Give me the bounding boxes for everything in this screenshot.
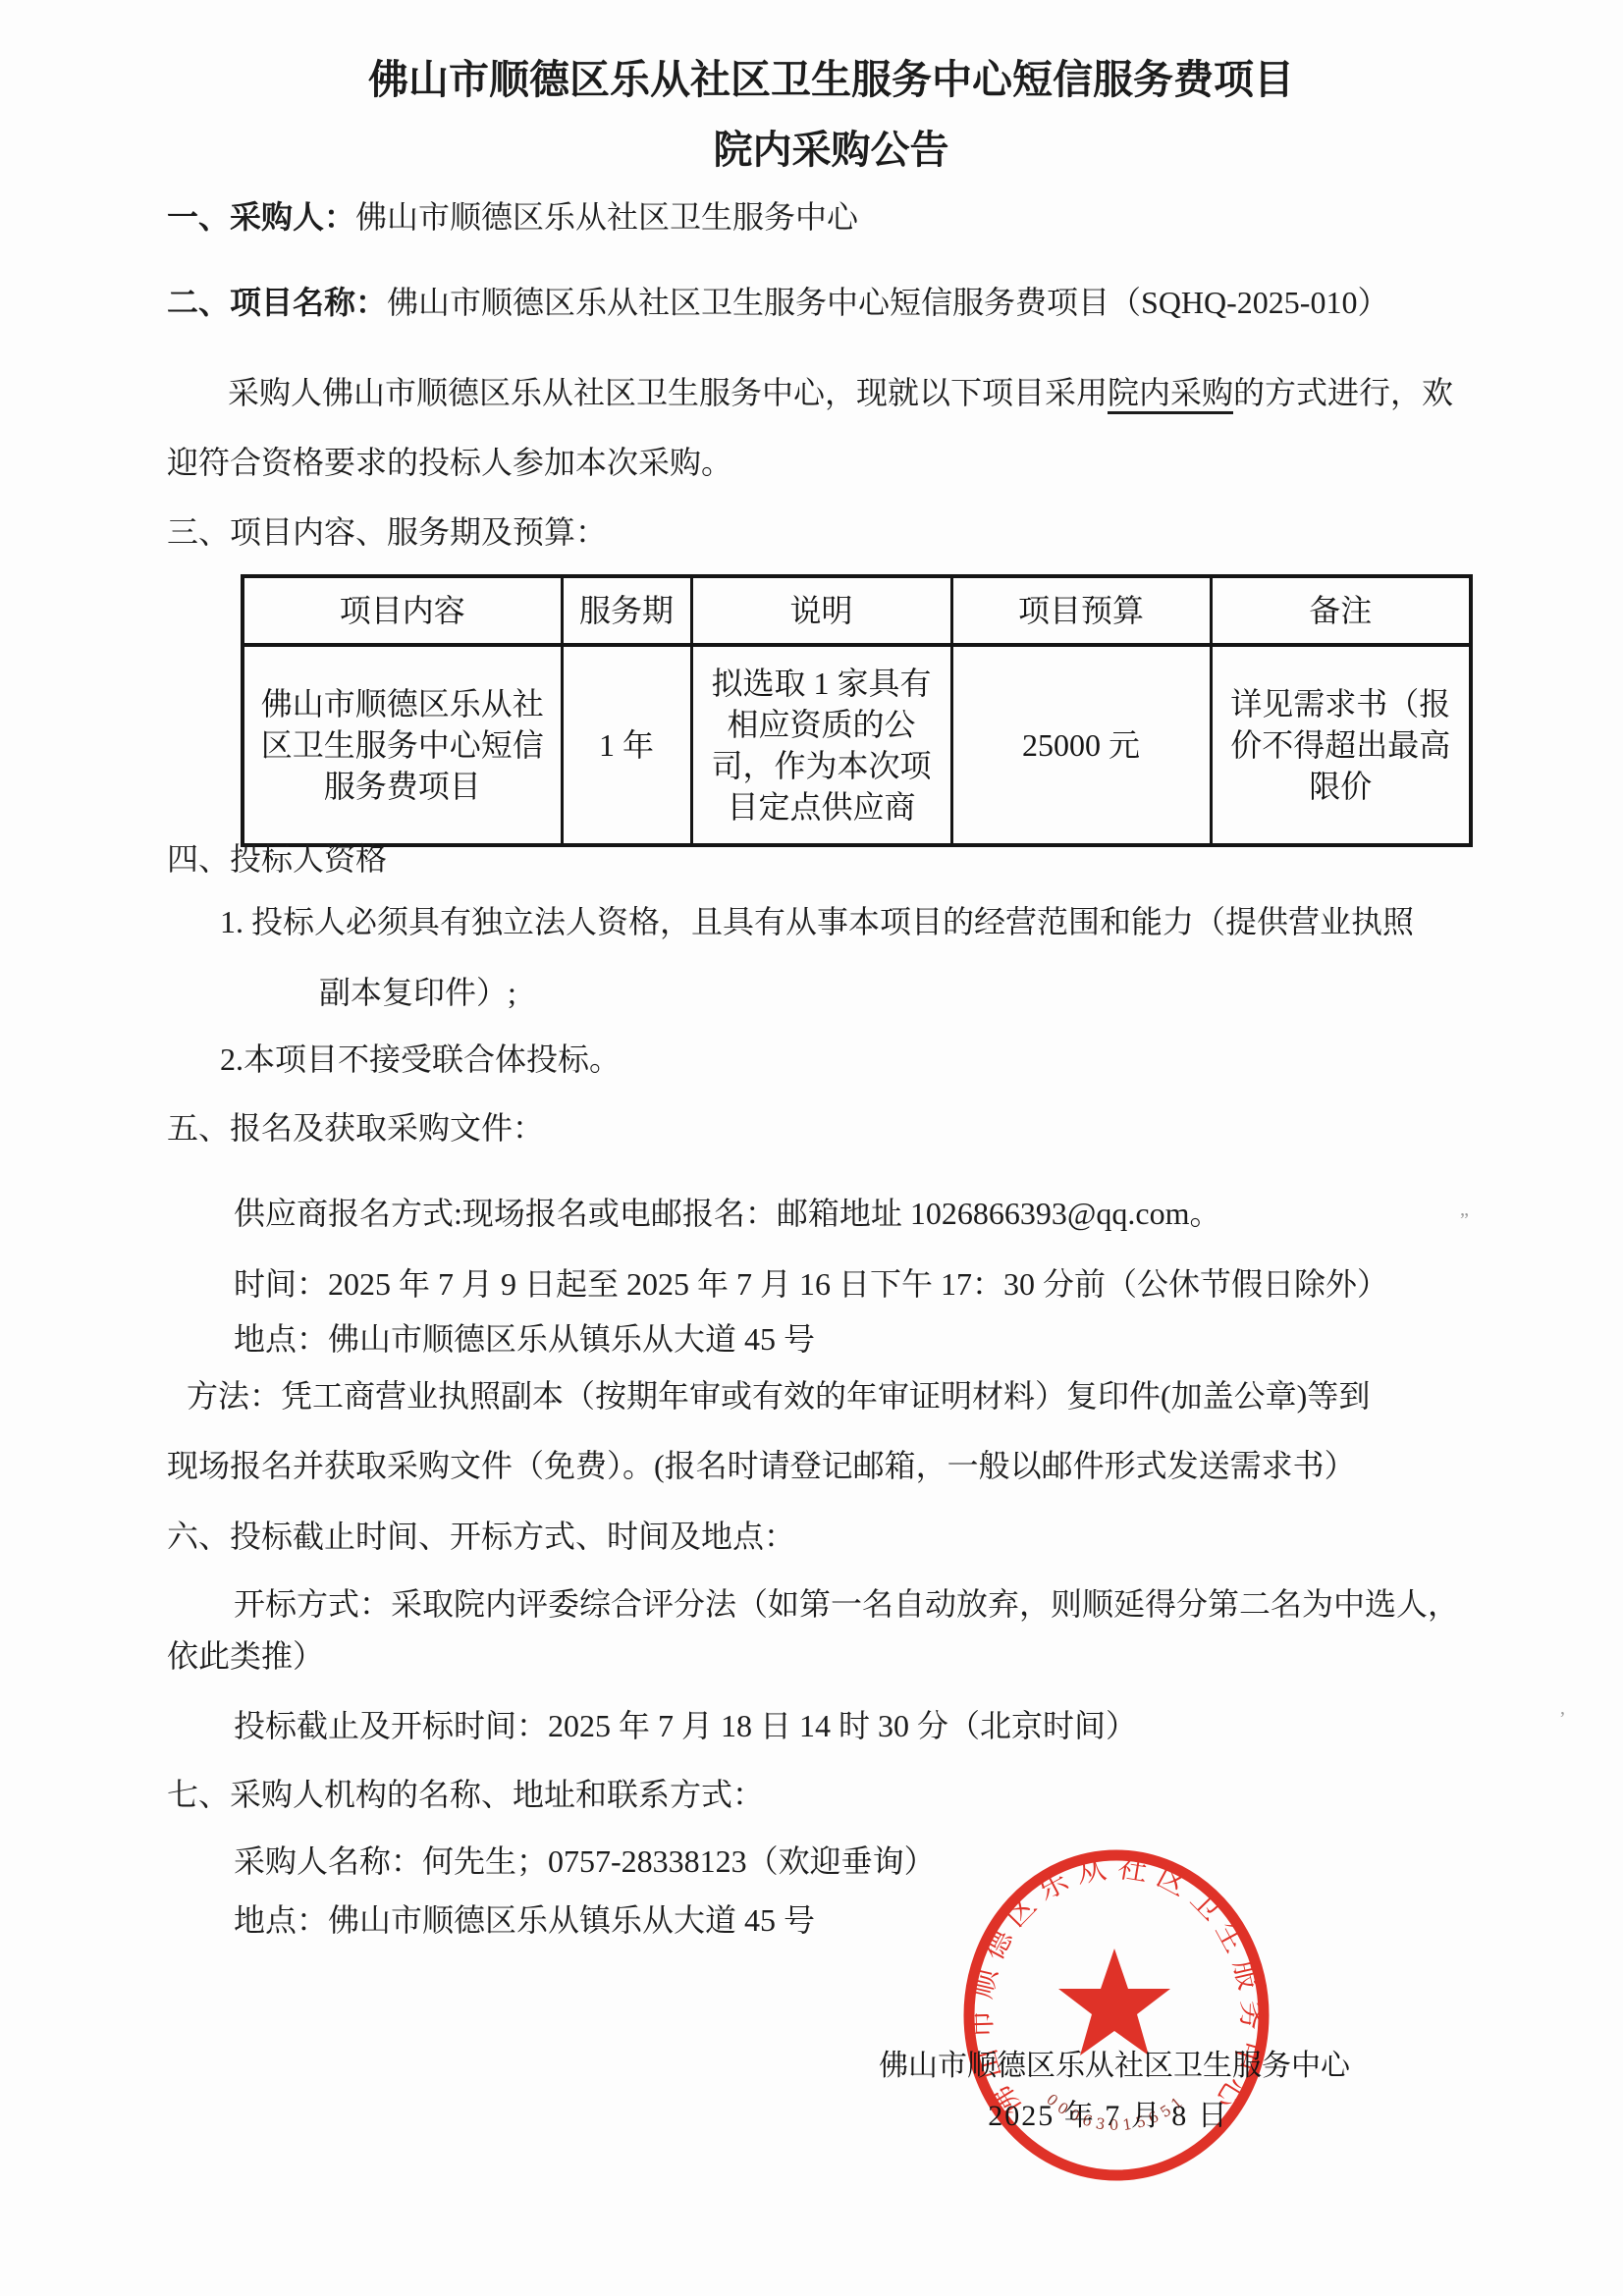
registration-time-line: 时间：2025 年 7 月 9 日起至 2025 年 7 月 16 日下午 17… [234,1265,1388,1303]
table-header-row: 项目内容 服务期 说明 项目预算 备注 [243,576,1471,645]
section-4-item-1-line-1: 1. 投标人必须具有独立法人资格，且具有从事本项目的经营范围和能力（提供营业执照 [220,903,1414,940]
cell-description: 拟选取 1 家具有相应资质的公司，作为本次项目定点供应商 [691,645,951,845]
section-6-heading: 六、投标截止时间、开标方式、时间及地点： [167,1518,795,1555]
seal-star-icon [1058,1949,1170,2056]
intro-underlined-term: 院内采购 [1108,375,1233,414]
section-4-heading: 四、投标人资格 [167,840,387,878]
col-header-description: 说明 [691,576,951,645]
section-4-item-2: 2.本项目不接受联合体投标。 [220,1041,621,1078]
document-title: 佛山市顺德区乐从社区卫生服务中心短信服务费项目 [20,61,1623,98]
scanned-document-page: { "page": { "ink_color": "#1c1c1c", "sta… [0,0,1623,2296]
intro-line-1: 采购人佛山市顺德区乐从社区卫生服务中心，现就以下项目采用院内采购的方式进行，欢 [228,374,1453,411]
section-4-item-1-line-2: 副本复印件）; [319,974,516,1011]
signature-org-line: 佛山市顺德区乐从社区卫生服务中心 [879,2041,1338,2084]
document-subtitle: 院内采购公告 [20,132,1623,169]
section-3-heading: 三、项目内容、服务期及预算： [167,513,607,551]
section-2-project-name: 二、项目名称：佛山市顺德区乐从社区卫生服务中心短信服务费项目（SQHQ-2025… [167,284,1388,321]
bid-deadline-line: 投标截止及开标时间：2025 年 7 月 18 日 14 时 30 分（北京时间… [234,1707,1137,1744]
col-header-project-content: 项目内容 [243,576,562,645]
supplier-registration-line: 供应商报名方式:现场报名或电邮报名：邮箱地址 1026866393@qq.com… [234,1195,1220,1232]
intro-line-1-pre: 采购人佛山市顺德区乐从社区卫生服务中心，现就以下项目采用 [228,375,1108,410]
intro-line-2: 迎符合资格要求的投标人参加本次采购。 [167,444,732,481]
official-red-seal: 佛山市顺德区乐从社区卫生服务中心 00063015651 [940,1834,1293,2199]
col-header-budget: 项目预算 [951,576,1211,645]
cell-remarks: 详见需求书（报价不得超出最高限价 [1211,645,1471,845]
bid-opening-method-line-2: 依此类推） [167,1637,324,1675]
cell-budget: 25000 元 [951,645,1211,845]
col-header-service-period: 服务期 [562,576,691,645]
section-5-heading: 五、报名及获取采购文件： [167,1109,544,1147]
section-7-heading: 七、采购人机构的名称、地址和联系方式： [167,1776,764,1813]
section-2-text: 佛山市顺德区乐从社区卫生服务中心短信服务费项目（SQHQ-2025-010） [387,285,1388,320]
buyer-address-line: 地点：佛山市顺德区乐从镇乐从大道 45 号 [234,1901,815,1939]
section-1-label: 一、采购人： [167,199,355,235]
project-spec-table: 项目内容 服务期 说明 项目预算 备注 佛山市顺德区乐从社区卫生服务中心短信服务… [241,574,1473,847]
section-2-label: 二、项目名称： [167,285,387,320]
table-data-row: 佛山市顺德区乐从社区卫生服务中心短信服务费项目 1 年 拟选取 1 家具有相应资… [243,645,1471,845]
bid-opening-method-line-1: 开标方式：采取院内评委综合评分法（如第一名自动放弃，则顺延得分第二名为中选人， [234,1585,1459,1623]
scan-artifact: ” [1460,1209,1469,1232]
cell-service-period: 1 年 [562,645,691,845]
cell-project-content: 佛山市顺德区乐从社区卫生服务中心短信服务费项目 [243,645,562,845]
registration-method-line-2: 现场报名并获取采购文件（免费）。(报名时请登记邮箱，一般以邮件形式发送需求书） [167,1447,1356,1484]
intro-line-1-post: 的方式进行，欢 [1233,375,1453,410]
section-1-buyer: 一、采购人：佛山市顺德区乐从社区卫生服务中心 [167,198,858,236]
registration-method-line-1: 方法：凭工商营业执照副本（按期年审或有效的年审证明材料）复印件(加盖公章)等到 [187,1377,1370,1415]
buyer-contact-line: 采购人名称：何先生；0757-28338123（欢迎垂询） [234,1842,936,1880]
scan-artifact: ’ [1559,1708,1566,1731]
signature-date-line: 2025 年 7 月 8 日 [879,2091,1338,2134]
col-header-remarks: 备注 [1211,576,1471,645]
registration-place-line: 地点：佛山市顺德区乐从镇乐从大道 45 号 [234,1320,815,1358]
section-1-text: 佛山市顺德区乐从社区卫生服务中心 [355,199,858,235]
